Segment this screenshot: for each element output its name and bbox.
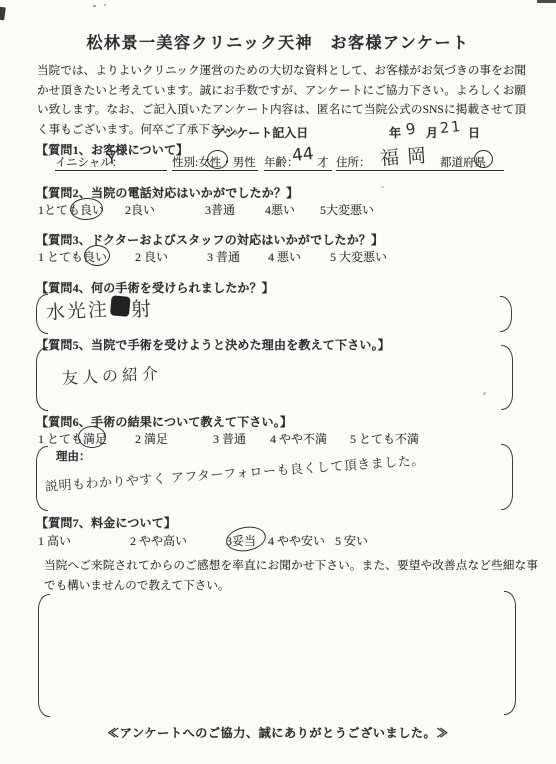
prefecture-selection-circle [474, 150, 493, 168]
scan-dot-1 [93, 5, 96, 7]
date-year-unit: 年 [389, 124, 401, 141]
q7-option-4: 4 やや安い [268, 532, 325, 549]
scribble-mark [110, 295, 131, 317]
q2-option-5: 5大変悪い [320, 201, 374, 218]
q7-option-2: 2 やや高い [130, 532, 187, 549]
q5-bracket-open [36, 347, 48, 411]
gender-selection-circle [207, 150, 228, 169]
q4-header: 【質問4、何の手術を受けられましたか？】 [36, 279, 274, 296]
q6-option-5: 5 とても不満 [350, 430, 419, 447]
q3-header: 【質問3、ドクターおよびスタッフの対応はいかがでしたか？】 [36, 231, 383, 248]
address-label: 住所： [336, 154, 371, 170]
comments-bracket-close [504, 591, 516, 715]
q2-header: 【質問2、当院の電話対応はいかがでしたか？】 [36, 184, 298, 201]
date-day-value: 21 [439, 119, 463, 137]
q6-bracket-close [501, 444, 513, 510]
q5-bracket-close [501, 345, 513, 410]
q3-option-4: 4 悪い [268, 248, 301, 265]
q7-option-1: 1 高い [38, 532, 71, 549]
q2-option-2: 2良い [125, 201, 155, 218]
age-field: 年齢： 44 才 [264, 152, 332, 171]
scan-artifact-top-left [0, 7, 6, 21]
scan-dot-3 [483, 392, 486, 395]
q4-bracket-close [500, 296, 512, 332]
q6-selection-circle [78, 426, 106, 448]
q6-reason-text: 説明もわかりやすく アフターフォローも良くして頂きました。 [44, 449, 425, 494]
q3-option-3: 3 普通 [207, 248, 240, 265]
page-title: 松林景一美容クリニック天神 お客様アンケート [0, 30, 556, 53]
footer-thanks: ≪アンケートへのご協力、誠にありがとうございました。≫ [0, 724, 556, 741]
comments-bracket-open [38, 594, 50, 717]
scan-artifact-top-right [537, 0, 556, 3]
q6-option-4: 4 やや不満 [270, 430, 327, 447]
q6-reason-label: 理由： [56, 448, 91, 464]
date-label: アンケート記入日 [213, 124, 308, 141]
q5-header: 【質問5、当院で手術を受けようと決めた理由を教えて下さい。】 [36, 336, 390, 353]
date-day-unit: 日 [468, 124, 480, 141]
q7-option-5: 5 安い [335, 532, 368, 549]
q6-header: 【質問6、手術の結果について教えて下さい。】 [36, 413, 292, 430]
q3-option-5: 5 大変悪い [330, 248, 387, 265]
q5-answer: 友人の紹介 [61, 361, 162, 389]
q4-answer-text-2: 射 [130, 293, 151, 323]
q2-option-3: 3普通 [205, 201, 235, 218]
address-value: 福岡 [379, 140, 435, 171]
q4-answer-text-1: 水光注 [45, 295, 109, 325]
q6-option-3: 3 普通 [213, 430, 246, 447]
q7-selection-circle [224, 524, 268, 555]
scan-dot-4 [381, 186, 384, 188]
q7-header: 【質問7、料金について】 [36, 514, 176, 531]
q6-option-2: 2 満足 [135, 430, 168, 447]
date-month-unit: 月 [426, 124, 438, 141]
q3-selection-circle [84, 245, 110, 266]
initial-field: イニシャル： Y [55, 152, 167, 171]
age-unit: 才 [317, 154, 329, 170]
comments-prompt: 当院へご来院されてからのご感想を率直にお聞かせ下さい。また、要望や改善点など些細… [44, 556, 538, 595]
age-value: 44 [291, 144, 315, 166]
q4-answer: 水光注 射 [45, 293, 151, 327]
survey-sheet: 松林景一美容クリニック天神 お客様アンケート 当院では、よりよいクリニック運営の… [0, 0, 556, 764]
q2-option-4: 4悪い [265, 201, 295, 218]
scan-dot-2 [104, 4, 106, 6]
q3-option-2: 2 良い [135, 248, 168, 265]
